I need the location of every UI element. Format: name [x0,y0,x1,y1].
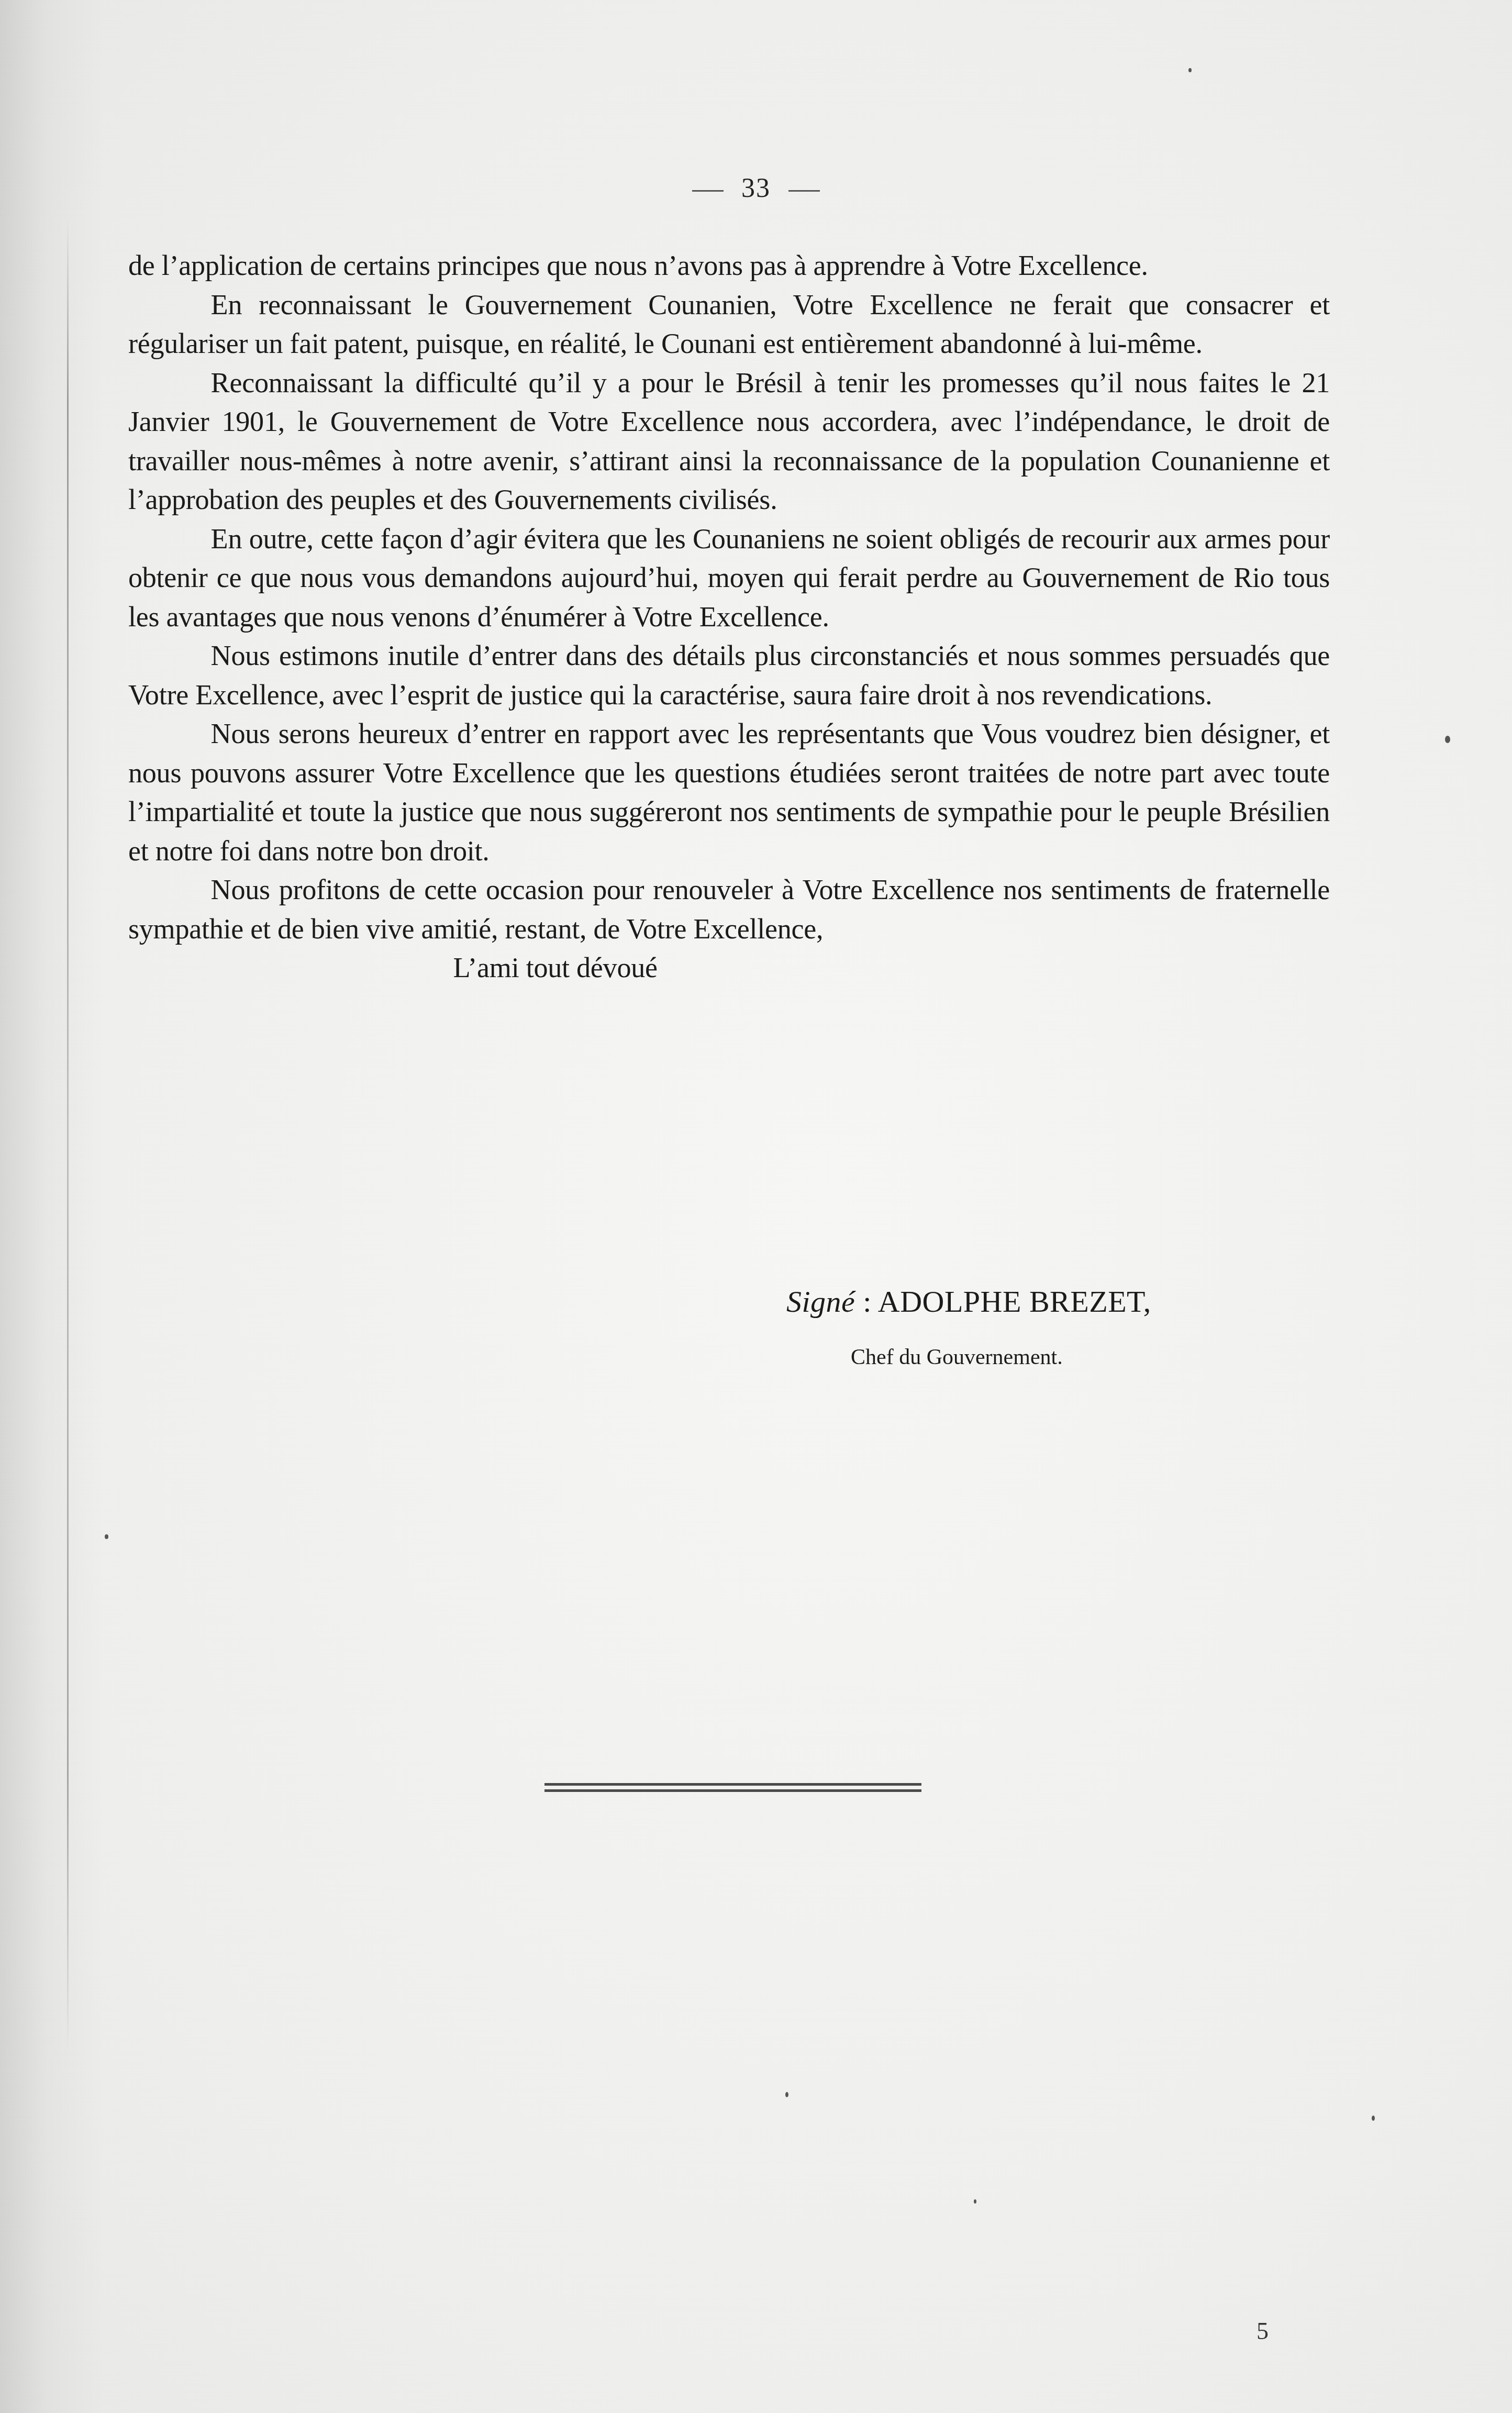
scan-speck [1372,2116,1375,2121]
page-number-dash-left [692,190,724,192]
divider-rule-bottom [544,1789,921,1792]
signature-separator: : [855,1285,877,1319]
signatory-title: Chef du Gouvernement. [851,1345,1063,1370]
paragraph-1: de l’application de certains principes q… [128,246,1330,285]
paragraph-4: En outre, cette façon d’agir évitera que… [128,519,1330,637]
scan-speck [974,2199,976,2204]
signatory-name: ADOLPHE BREZET, [878,1285,1151,1319]
letter-body: de l’application de certains principes q… [128,246,1330,988]
paragraph-2: En reconnaissant le Gouvernement Counani… [128,285,1330,363]
section-divider-double-rule [544,1783,921,1796]
paragraph-6: Nous serons heureux d’entrer en rapport … [128,714,1330,870]
page-number-value: 33 [741,173,771,203]
divider-rule-top [544,1783,921,1786]
page-number-dash-right [788,190,820,192]
paragraph-7: Nous profitons de cette occasion pour re… [128,870,1330,948]
signature-prefix: Signé [786,1285,855,1319]
signature-line: Signé : ADOLPHE BREZET, [786,1284,1151,1319]
binding-edge-shadow [67,220,69,2053]
sheet-signature-mark: 5 [1257,2317,1269,2345]
paragraph-5: Nous estimons inutile d’entrer dans des … [128,636,1330,714]
page-number: 33 [0,173,1512,204]
closing-salutation: L’ami tout dévoué [128,948,1330,988]
scan-speck [105,1534,108,1539]
scan-speck [785,2092,788,2097]
scan-speck [1188,68,1192,72]
scan-speck [1445,736,1450,743]
paragraph-3: Reconnaissant la difficulté qu’il y a po… [128,363,1330,519]
